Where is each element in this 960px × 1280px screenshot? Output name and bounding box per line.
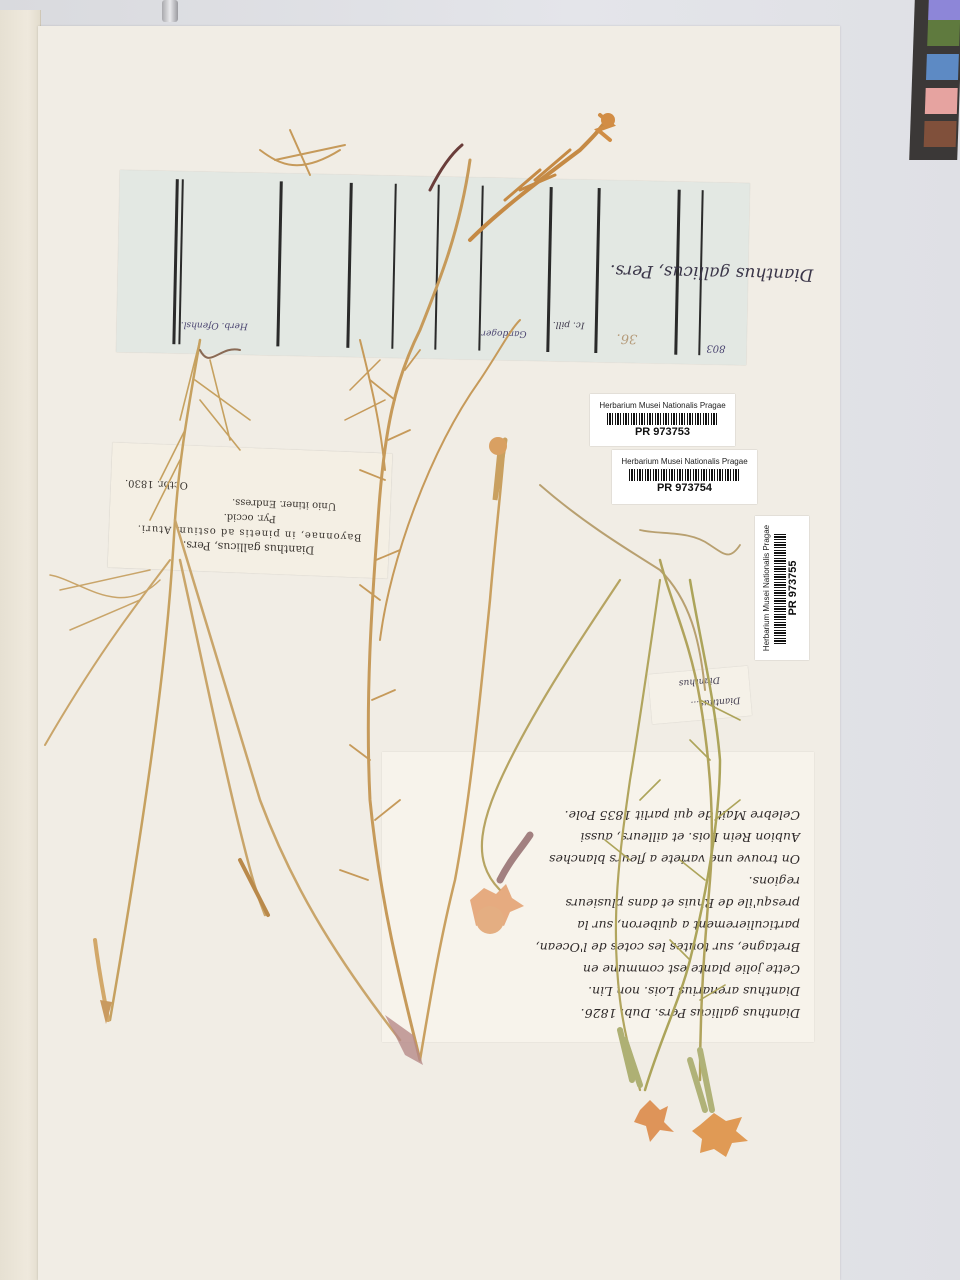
- folder-cover: [0, 10, 41, 1280]
- note-line: Aubion Rein Lois. et ailleurs, aussi: [396, 826, 800, 848]
- barcode-bars: [607, 413, 719, 425]
- note-line: Bretagne, sur toutes les cotes de l'Ocea…: [396, 936, 800, 958]
- revision-corner-number: 803: [706, 342, 725, 353]
- note-line: presqu'ile de Rhuis et dans plusieurs: [396, 892, 800, 914]
- revision-taxon: Dianthus gallicus, Pers.: [610, 260, 814, 284]
- revision-herbarium: Herb. Ofenhsl.: [181, 319, 248, 330]
- barcode-id: PR 973753: [590, 426, 735, 438]
- note-line: Celebre Mait de qui parlit 1835 Pole.: [396, 804, 800, 826]
- note-line: regions.: [396, 870, 800, 892]
- note-line: Dianthus arenarius Lois. non Lin.: [396, 980, 800, 1002]
- note-line: Cette jolie plante est commune en: [396, 958, 800, 980]
- printed-label: Dianthus gallicus, Pers. Bayonnae, in pi…: [108, 442, 393, 578]
- barcode-bars: [629, 469, 741, 481]
- pin-icon: [162, 0, 178, 22]
- barcode-bars: [774, 532, 786, 644]
- color-swatch-pink: [925, 88, 958, 114]
- note-line: On trouve une variete a fleurs blanches: [396, 848, 800, 870]
- revision-label: Dianthus gallicus, Pers. 36. Ic. pill. G…: [116, 170, 750, 365]
- color-chart: [909, 0, 960, 160]
- revision-collector: Gandoger: [482, 328, 527, 339]
- color-swatch-brown: [924, 121, 957, 147]
- color-swatch-blue: [926, 54, 959, 80]
- note-line: particulierement a quiberon, sur la: [396, 914, 800, 936]
- handwritten-note: Dianthus gallicus Pers. Dub. 1826. Diant…: [382, 752, 814, 1042]
- annotation-slip: Dianthus Dianthus...: [648, 666, 752, 725]
- barcode-label: Herbarium Musei Nationalis Pragae PR 973…: [755, 516, 809, 660]
- barcode-id: PR 973755: [787, 516, 799, 660]
- note-line: Dianthus gallicus Pers. Dub. 1826.: [396, 1002, 800, 1024]
- revision-annotation: Ic. pill.: [553, 319, 585, 330]
- revision-number: 36.: [616, 330, 637, 345]
- barcode-label: Herbarium Musei Nationalis Pragae PR 973…: [612, 450, 757, 504]
- color-swatch-green: [927, 20, 960, 46]
- barcode-id: PR 973754: [612, 482, 757, 494]
- barcode-label: Herbarium Musei Nationalis Pragae PR 973…: [590, 394, 735, 446]
- color-swatch-violet: [928, 0, 960, 20]
